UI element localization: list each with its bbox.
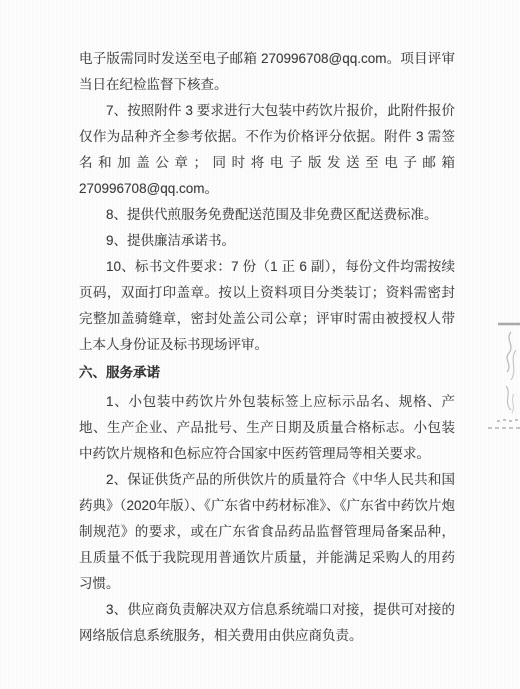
numbered-item-7: 7、按照附件 3 要求进行大包装中药饮片报价，此附件报价仅作为品种齐全参考依据。… bbox=[79, 98, 455, 202]
service-item-1: 1、小包装中药饮片外包装标签上应标示品名、规格、产地、生产企业、产品批号、生产日… bbox=[79, 389, 455, 467]
numbered-item-9: 9、提供廉洁承诺书。 bbox=[79, 228, 455, 254]
scanned-document-page: 电子版需同时发送至电子邮箱 270996708@qq.com。项目评审当日在纪检… bbox=[0, 0, 520, 689]
section-heading-service-commitments: 六、服务承诺 bbox=[79, 360, 455, 386]
scan-artifact-stamp-bleed bbox=[484, 320, 520, 440]
numbered-item-8: 8、提供代煎服务免费配送范围及非免费区配送费标准。 bbox=[79, 202, 455, 228]
paragraph-continuation: 电子版需同时发送至电子邮箱 270996708@qq.com。项目评审当日在纪检… bbox=[79, 46, 455, 98]
numbered-item-10: 10、标书文件要求：7 份（1 正 6 副），每份文件均需按续页码，双面打印盖章… bbox=[79, 254, 455, 358]
service-item-3: 3、供应商负责解决双方信息系统端口对接，提供可对接的网络版信息系统服务，相关费用… bbox=[79, 597, 455, 649]
service-item-2: 2、保证供货产品的所供饮片的质量符合《中华人民共和国药典》（2020年版）、《广… bbox=[79, 467, 455, 597]
document-content: 电子版需同时发送至电子邮箱 270996708@qq.com。项目评审当日在纪检… bbox=[79, 46, 455, 649]
